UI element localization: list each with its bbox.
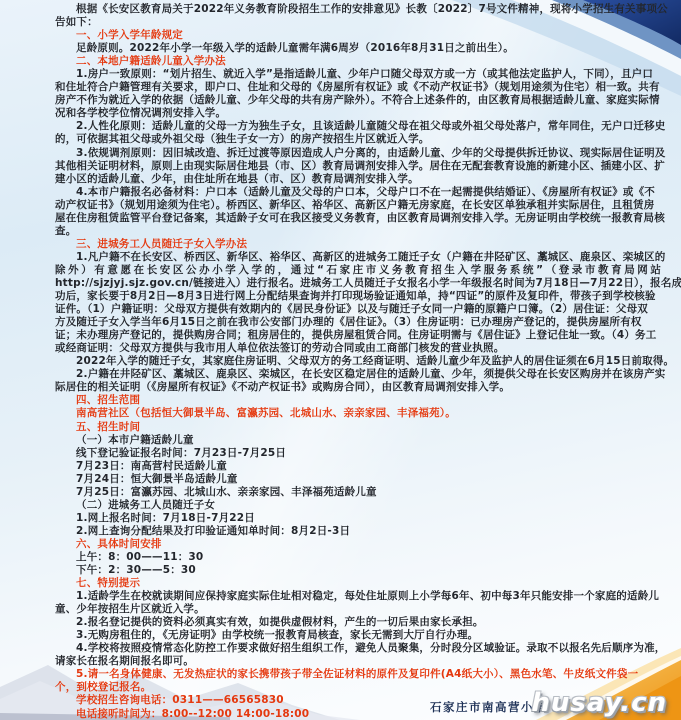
doc-line: 的，可依据其祖父母或外祖父母（独生子女一方）的房产按招生片区就近入学。 (55, 133, 651, 146)
doc-line: 况和各学校学位情况调剂安排入学。 (55, 107, 651, 120)
doc-line: 4.学校将按照疫情常态化防控工作要求做好招生组织工作，避免人员聚集，分时段分区域… (55, 642, 651, 655)
doc-line: 其他相关证明材料，原则上由现实际居住地县（市、区）教育局调剂安排入学。居住在无配… (55, 160, 651, 173)
doc-line: 7月25日：富瀛苏园、北城山水、亲亲家园、丰泽福苑适龄儿童 (55, 486, 651, 499)
doc-lines: 根据《长安区教育局关于2022年义务教育阶段招生工作的安排意见》长教〔2022〕… (55, 3, 651, 720)
doc-line: 5.请一名身体健康、无发热症状的家长携带孩子带全佐证材料的原件及复印件(A4纸大… (55, 668, 651, 681)
doc-line: 1.房户一致原则：“划片招生、就近入学”是指适龄儿童、少年户口随父母双方或一方（… (55, 68, 651, 81)
doc-line: 房产不作为就近入学的依据（适龄儿童、少年父母的共有房产除外）。不符合上述条件的，… (55, 94, 651, 107)
doc-line: 或经商证明：父母双方提供与我市用人单位依法签订的劳动合同或由工商部门核发的营业执… (55, 342, 651, 355)
doc-line: 2.人性化原则：适龄儿童的父母一方为独生子女，且该适龄儿童随父母在祖父母或外祖父… (55, 120, 651, 133)
doc-line: 五、招生时间 (55, 421, 651, 434)
doc-line: 告如下： (55, 16, 651, 29)
doc-line: 二、本地户籍适龄儿童入学办法 (55, 55, 651, 68)
doc-line: 2022年入学的随迁子女，其家庭住房证明、父母双方的务工经商证明、适龄儿童少年及… (55, 355, 651, 368)
doc-line: 查。 (55, 225, 651, 238)
doc-line: 2.报名登记提供的资料必须真实有效，如提供虚假材料，产生的一切后果由家长承担。 (55, 616, 651, 629)
doc-line: 足龄原则。2022年小学一年级入学的适龄儿童需年满6周岁（2016年8月31日之… (55, 42, 651, 55)
doc-line: http://sjzjyj.sjz.gov.cn/链接进入）进行报名。进城务工人… (55, 277, 651, 290)
doc-line: 际居住的相关证明（《房屋所有权证》《不动产权证书》或购房合同），由区教育局调剂安… (55, 381, 651, 394)
doc-line: 一、小学入学年龄规定 (55, 29, 651, 42)
doc-line: 下午：2：30——5：30 (55, 564, 651, 577)
doc-line: 3.无购房租住的，《无房证明》由学校统一报教育局核查，家长无需到大厅自行办理。 (55, 629, 651, 642)
doc-line: 线下登记验证报名时间：7月23日-7月25日 (55, 447, 651, 460)
doc-line: 1.凡户籍不在长安区、桥西区、新华区、裕华区、高新区的进城务工随迁子女（户籍在井… (55, 251, 651, 264)
doc-line: 建小区的适龄儿童、少年，由住址所在地县（市、区）教育局调剂安排入学。 (55, 173, 651, 186)
doc-line: 1.网上报名时间：7月18日-7月22日 (55, 512, 651, 525)
doc-line: 动产权证书》（规划用途须为住宅）。桥西区、新华区、裕华区、高新区户籍无房家庭，在… (55, 199, 651, 212)
doc-line: 七、特别提示 (55, 577, 651, 590)
doc-line: 南高营社区（包括恒大御景半岛、富瀛苏园、北城山水、亲亲家园、丰泽福苑）。 (55, 407, 651, 420)
doc-line: 六、具体时间安排 (55, 538, 651, 551)
doc-line: （一）本市户籍适龄儿童 (55, 434, 651, 447)
doc-line: 请家长在报名期间报名即可。 (55, 655, 651, 668)
doc-line: 1.适龄学生在校就读期间应保持家庭实际住址相对稳定，每处住址原则上小学每6年、初… (55, 590, 651, 603)
doc-line: 除外）有意愿在长安区公办小学入学的，通过“石家庄市义务教育招生入学服务系统”（登… (55, 264, 651, 277)
doc-line: 方及随迁子女入学当年6月15日之前在我市公安部门办理的《居住证》。（3）住房证明… (55, 316, 651, 329)
doc-line: 3.依规调剂原则：因旧城改造、拆迁过渡等原因造成人户分离的，由适龄儿童、少年的父… (55, 147, 651, 160)
doc-line: 四、招生范围 (55, 394, 651, 407)
doc-line: （二）进城务工人员随迁子女 (55, 499, 651, 512)
doc-line: 和住址符合户籍管理有关要求，即户口、住址和父母的《房屋所有权证》或《不动产权证书… (55, 81, 651, 94)
doc-line: 功后，家长要于8月2日—8月3日进行网上分配结果查询并打印现场验证通知单，持“四… (55, 290, 651, 303)
doc-line: 2.户籍在井陉矿区、藁城区、鹿泉区、栾城区，在长安区稳定居住的适龄儿童、少年，须… (55, 368, 651, 381)
doc-line: 4.本市户籍报名必备材料：户口本（适龄儿童及父母的户口本，父母户口不在一起需提供… (55, 186, 651, 199)
watermark: husay.cn (531, 688, 667, 718)
doc-line: 7月23日：南高营村民适龄儿童 (55, 460, 651, 473)
doc-line: 三、进城务工人员随迁子女入学办法 (55, 238, 651, 251)
doc-line: 2.网上查询分配结果及打印验证通知单时间：8月2日-3日 (55, 525, 651, 538)
school-name: 石家庄市南高营小学 (430, 699, 547, 715)
doc-line: 7月24日：恒大御景半岛适龄儿童 (55, 473, 651, 486)
doc-line: 根据《长安区教育局关于2022年义务教育阶段招生工作的安排意见》长教〔2022〕… (55, 3, 651, 16)
notice-page: 根据《长安区教育局关于2022年义务教育阶段招生工作的安排意见》长教〔2022〕… (0, 0, 681, 720)
doc-line: 童、少年按招生片区就近入学。 (55, 603, 651, 616)
doc-line: 上午：8：00——11：30 (55, 551, 651, 564)
doc-line: 证件。（1）户籍证明：父母双方提供有效期内的《居民身份证》以及与随迁子女同一户籍… (55, 303, 651, 316)
doc-line: 屋在住房租赁监管平台登记备案，其适龄子女可在我区接受义务教育，由区教育局调剂安排… (55, 212, 651, 225)
doc-line: 证；未办理房产登记的，提供购房合同；租房居住的，提供房屋租赁合同。住房证明需与《… (55, 329, 651, 342)
